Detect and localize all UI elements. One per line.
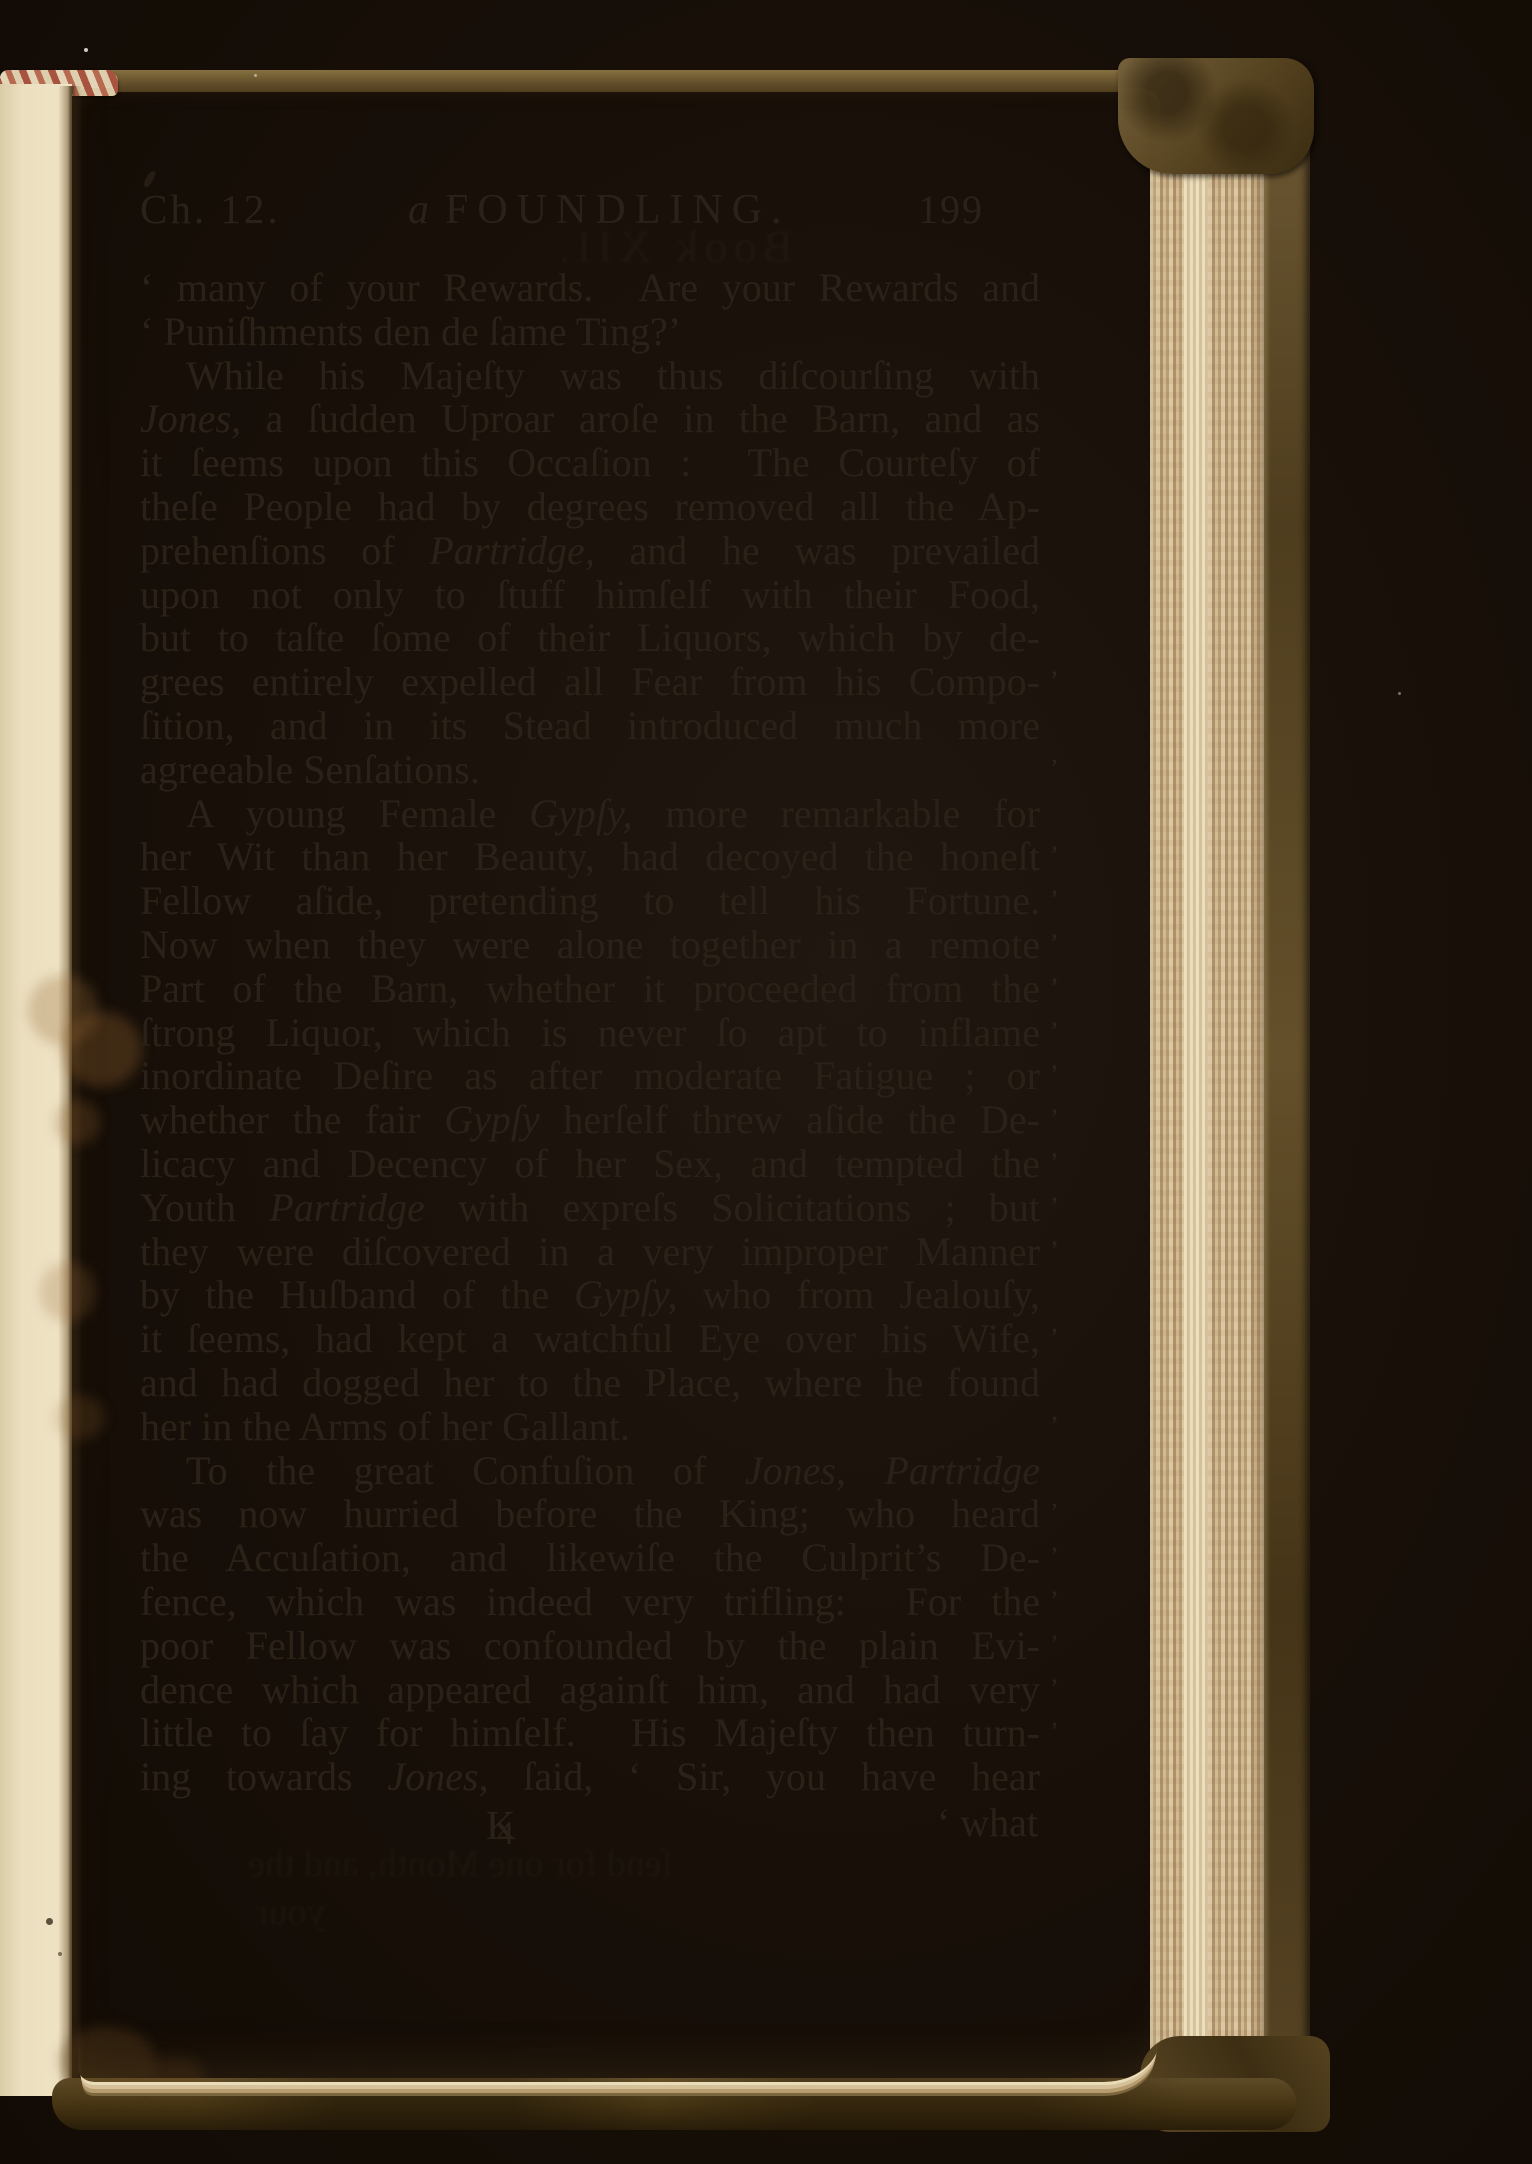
- show-through-mark: ’: [1050, 1586, 1059, 1616]
- title-caps: FOUNDLING.: [445, 187, 791, 233]
- show-through-marks: ’’’’’’’’’’’’’’’’’’’’: [1050, 266, 1080, 1886]
- ink-speck: [58, 1952, 62, 1956]
- ink-speck: [46, 1918, 53, 1925]
- book-page: Book XII. ſend for one Month, and the yo…: [78, 88, 1160, 2082]
- text-line: grees entirely expelled all Fear from hi…: [140, 660, 1040, 704]
- text-line: but to taſte ſome of their Liquors, whic…: [140, 616, 1040, 660]
- cover-edge-right: [1264, 74, 1310, 2118]
- text-line: Jones, a ſudden Uproar aroſe in the Barn…: [140, 397, 1040, 441]
- cover-edge-bottom: [52, 2078, 1296, 2130]
- chapter-label: Ch. 12.: [140, 185, 281, 233]
- title-article: a: [408, 187, 429, 233]
- text-line: licacy and Decency of her Sex, and tempt…: [140, 1142, 1040, 1186]
- show-through-mark: ’: [1050, 885, 1059, 915]
- show-through-mark: ’: [1050, 1104, 1059, 1134]
- text-line: it ſeems, had kept a watchful Eye over h…: [140, 1317, 1040, 1361]
- text-line: Fellow aſide, pretending to tell his For…: [140, 879, 1040, 923]
- text-line: ‘ many of your Rewards. Are your Rewards…: [140, 266, 1040, 310]
- show-through-mark: ’: [1050, 1411, 1059, 1441]
- text-line: ing towards Jones, ſaid, ‘ Sir, you have…: [140, 1755, 1040, 1799]
- text-line: her in the Arms of her Gallant.: [140, 1405, 1040, 1449]
- text-line: her Wit than her Beauty, had decoyed the…: [140, 835, 1040, 879]
- show-through-mark: ’: [1050, 841, 1059, 871]
- text-line: fence, which was indeed very trifling: F…: [140, 1580, 1040, 1624]
- page-number: 199: [918, 186, 1040, 233]
- text-line: it ſeems upon this Occaſion : The Courte…: [140, 441, 1040, 485]
- book-photo: Book XII. ſend for one Month, and the yo…: [0, 0, 1532, 2164]
- text-line: prehenſions of Partridge, and he was pre…: [140, 529, 1040, 573]
- text-line: A young Female Gypſy, more remarkable fo…: [140, 792, 1040, 836]
- fore-edge-pages: [1150, 90, 1270, 2092]
- show-through-mark: ’: [1050, 1236, 1059, 1266]
- running-header: Ch. 12. aFOUNDLING. 199: [140, 185, 1040, 234]
- dust-speck: [254, 74, 257, 77]
- text-line: Now when they were alone together in a r…: [140, 923, 1040, 967]
- text-line: the Accuſation, and likewiſe the Culprit…: [140, 1536, 1040, 1580]
- fore-edge-light-band: [1184, 96, 1208, 2086]
- show-through-mark: ’: [1050, 1060, 1059, 1090]
- page-title: aFOUNDLING.: [281, 186, 918, 234]
- show-through-mark: ’: [1050, 1192, 1059, 1222]
- text-line: ſition, and in its Stead introduced much…: [140, 704, 1040, 748]
- text-line: ſtrong Liquor, which is never ſo apt to …: [140, 1011, 1040, 1055]
- text-line: they were diſcovered in a very improper …: [140, 1230, 1040, 1274]
- show-through-mark: ’: [1050, 1717, 1059, 1747]
- text-line: was now hurried before the King; who hea…: [140, 1492, 1040, 1536]
- text-line: To the great Confuſion of Jones, Partrid…: [140, 1449, 1040, 1493]
- text-line: agreeable Senſations.: [140, 748, 1040, 792]
- show-through-mark: ’: [1050, 1630, 1059, 1660]
- text-line: by the Huſband of the Gypſy, who from Je…: [140, 1273, 1040, 1317]
- show-through-mark: ’: [1050, 754, 1059, 784]
- text-line: theſe People had by degrees removed all …: [140, 485, 1040, 529]
- dust-speck: [84, 48, 88, 52]
- text-line: While his Majeſty was thus diſcourſing w…: [140, 354, 1040, 398]
- text-line: Youth Partridge with expreſs Solicitatio…: [140, 1186, 1040, 1230]
- text-line: upon not only to ſtuff himſelf with thei…: [140, 573, 1040, 617]
- text-line: little to ſay for himſelf. His Majeſty t…: [140, 1711, 1040, 1755]
- catchword: ‘ what: [937, 1799, 1038, 1846]
- show-through-mark: ’: [1050, 1498, 1059, 1528]
- show-through-mark: ’: [1050, 1148, 1059, 1178]
- show-through-mark: ’: [1050, 1674, 1059, 1704]
- show-through-mark: ’: [1050, 1017, 1059, 1047]
- text-line: Part of the Barn, whether it proceeded f…: [140, 967, 1040, 1011]
- show-through-mark: ’: [1050, 1323, 1059, 1353]
- text-line: dence which appeared againſt him, and ha…: [140, 1668, 1040, 1712]
- show-through-mark: ’: [1050, 973, 1059, 1003]
- show-through-mark: ’: [1050, 929, 1059, 959]
- text-line: inordinate Deſire as after moderate Fati…: [140, 1054, 1040, 1098]
- show-through-text: your: [256, 1890, 326, 1934]
- text-line: and had dogged her to the Place, where h…: [140, 1361, 1040, 1405]
- body-text: ‘ many of your Rewards. Are your Rewards…: [140, 266, 1040, 1799]
- show-through-mark: ’: [1050, 1542, 1059, 1572]
- page-footer: K4 ‘ what: [140, 1801, 1040, 1849]
- dust-speck: [1398, 692, 1401, 695]
- signature-mark: K4: [486, 1801, 514, 1849]
- text-line: whether the fair Gypſy herſelf threw aſi…: [140, 1098, 1040, 1142]
- text-line: poor Fellow was confounded by the plain …: [140, 1624, 1040, 1668]
- show-through-mark: ’: [1050, 666, 1059, 696]
- text-line: ‘ Puniſhments den de ſame Ting?’: [140, 310, 1040, 354]
